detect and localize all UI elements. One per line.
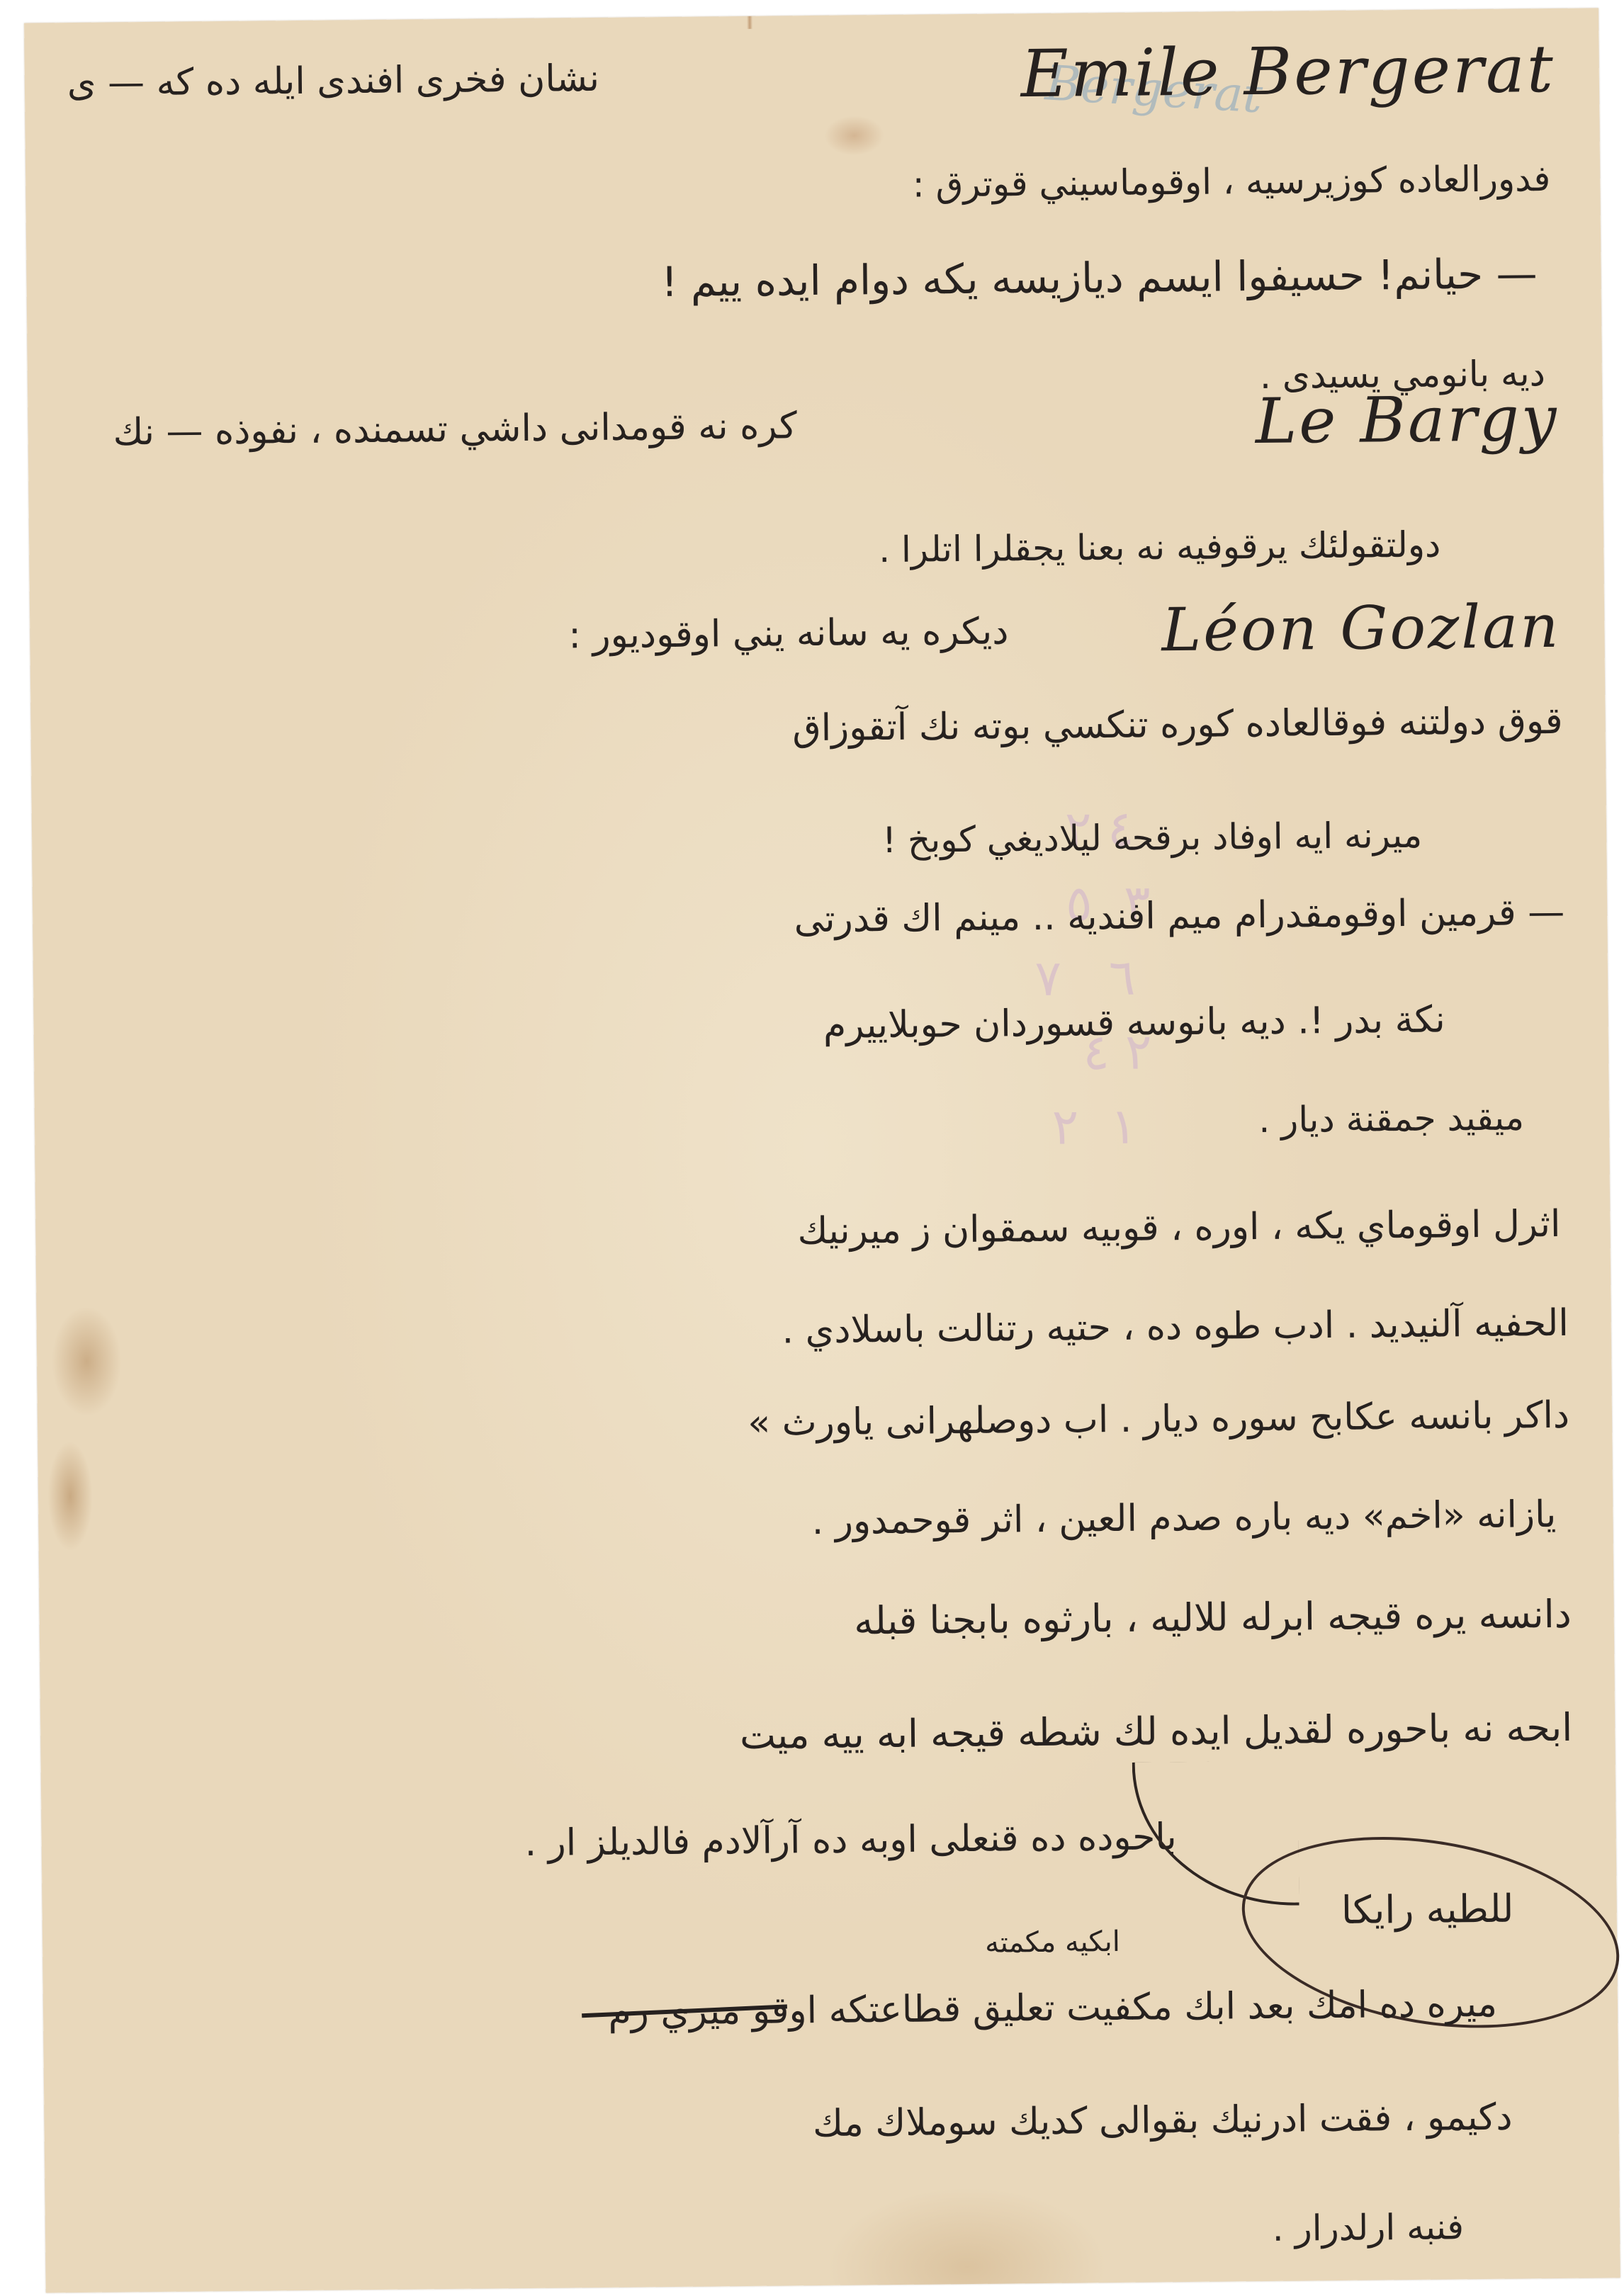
- manuscript-line-11: نكة بدر !. ديه بانوسه قسوردان حوبلاييرم: [823, 1001, 1445, 1044]
- manuscript-line-7: ديكره يه سانه يني اوقوديور : Léon Gozlan: [568, 596, 1561, 665]
- line-5-ottoman: كره نه قومدانى داشي تسمنده ، نفوذه — نك: [113, 407, 797, 451]
- interlinear-correction: ابكيه مكمته: [985, 1925, 1120, 1959]
- manuscript-line-9: ميرنه ايه اوفاد برقحه ليلاديغي كوبخ !: [882, 818, 1423, 858]
- manuscript-line-6: دولتقولئك يرقوفيه نه بعنا يجقلرا اتلرا .: [879, 527, 1440, 568]
- manuscript-line-1: نشان فخرى افندى ايله ده كه — ی Emile Ber…: [67, 37, 1555, 116]
- manuscript-line-16: يازانه «اخم» ديه باره صدم العين ، اثر قو…: [811, 1496, 1556, 1540]
- manuscript-line-12: ميقيد جمقنة ديار .: [1258, 1099, 1524, 1138]
- line-7-ottoman: ديكره يه سانه يني اوقوديور :: [568, 613, 1008, 654]
- manuscript-signature-line: فنبه ارلدرار .: [1273, 2209, 1465, 2246]
- manuscript-line-17: دانسه يره قيجه ابرله للاليه ، بارثوه باب…: [854, 1595, 1572, 1641]
- latin-name-le-bargy: Le Bargy: [1255, 388, 1559, 453]
- manuscript-line-21: دكيمو ، فقت ادرنيك بقوالى كديك سوملاك مك: [813, 2099, 1513, 2142]
- paper-fold-mark: [747, 16, 752, 29]
- annotation-balloon-text: للطيه رايكا: [1310, 1886, 1545, 1933]
- manuscript-line-2: فدورالعاده كوزيرسيه ، اوقوماسيني قوترق :: [913, 161, 1551, 203]
- manuscript-line-14: الحفيه آلنيديد . ادب طوه ده ، حتيه رتنال…: [782, 1305, 1569, 1350]
- manuscript-line-15: داكر بانسه عكابح سوره ديار . اب دوصلهران…: [748, 1397, 1569, 1442]
- latin-name-emile-bergerat: Emile Bergerat: [1020, 37, 1555, 107]
- line-1-ottoman: نشان فخرى افندى ايله ده كه — ی: [67, 60, 600, 102]
- manuscript-line-13: اثرل اوقوماي يكه ، اوره ، قوبيه سمقوان ز…: [797, 1206, 1560, 1250]
- manuscript-line-5: كره نه قومدانى داشي تسمنده ، نفوذه — نك …: [113, 388, 1559, 464]
- manuscript-line-10: — قرمين اوقومقدرام ميم افنديه .. مينم اك…: [794, 894, 1565, 938]
- manuscript-line-19: باحوده ده قنعلى اوبه ده آرآلادم فالديلز …: [524, 1819, 1177, 1862]
- manuscript-line-8: قوق دولتنه فوقالعاده كوره تنكسي بوته نك …: [792, 703, 1563, 747]
- manuscript-page: Bergerat ٤ ٢ ٣ ٥ ٦ ٧ ٢ ٤ ١ ٢ نشان فخرى ا…: [24, 8, 1620, 2292]
- manuscript-line-18: ابحه نه باحوره لقديل ايده لك شطه قيجه اب…: [740, 1709, 1573, 1755]
- latin-name-leon-gozlan: Léon Gozlan: [1161, 596, 1561, 660]
- manuscript-line-3: — حيانم! حسيفوا ايسم ديازيسه يكه دوام اي…: [661, 253, 1538, 302]
